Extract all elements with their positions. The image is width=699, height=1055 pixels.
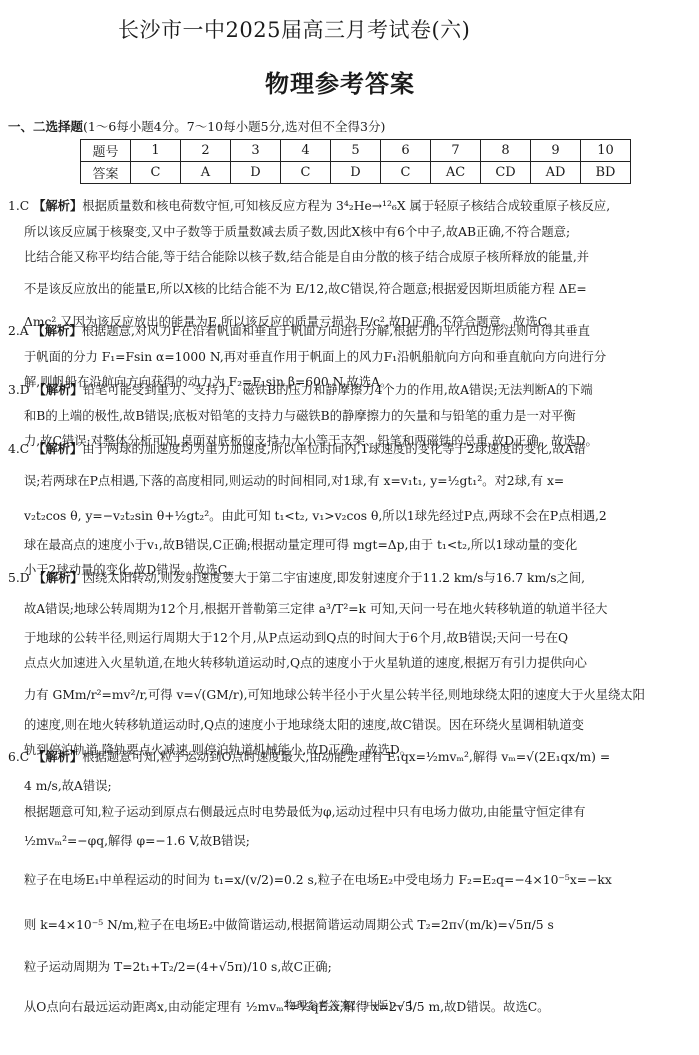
analysis-tag: 【解析】	[33, 442, 82, 456]
solution-line: 由于两球的加速度均为重力加速度,所以单位时间内,1球速度的变化等于2球速度的变化…	[82, 442, 586, 456]
answer-cell: C	[281, 162, 331, 184]
answer-cell: CD	[481, 162, 531, 184]
answer-cell: BD	[581, 162, 631, 184]
answer-cell: AD	[531, 162, 581, 184]
question-number: 8	[481, 140, 531, 162]
document-title: 长沙市一中2025届高三月考试卷(六)	[118, 14, 470, 44]
solution-line: 力有 GMm/r²=mv²/r,可得 v=√(GM/r),可知地球公转半径小于火…	[8, 677, 691, 713]
answer-cell: D	[331, 162, 381, 184]
answer-table: 题号 1 2 3 4 5 6 7 8 9 10 答案 C A D C D C A…	[80, 139, 631, 184]
solution-line: v₂t₂cos θ, y=−v₂t₂sin θ+½gt₂²。由此可知 t₁<t₂…	[8, 499, 691, 533]
analysis-tag: 【解析】	[33, 324, 82, 338]
solution-number: 3.D	[8, 383, 30, 397]
solution-line: 4 m/s,故A错误;	[8, 774, 691, 800]
question-number: 5	[331, 140, 381, 162]
question-number: 7	[431, 140, 481, 162]
solution-number: 2.A	[8, 324, 29, 338]
solution-1: 1.C 【解析】根据质量数和核电荷数守恒,可知核反应方程为 3⁴₂He→¹²₆X…	[8, 194, 691, 337]
solution-line: 粒子在电场E₁中单程运动的时间为 t₁=x/(v/2)=0.2 s,粒子在电场E…	[8, 857, 691, 903]
analysis-tag: 【解析】	[34, 383, 83, 397]
solution-line: 球在最高点的速度小于v₁,故B错误,C正确;根据动量定理可得 mgt=Δp,由于…	[8, 533, 691, 559]
analysis-tag: 【解析】	[33, 199, 82, 213]
question-number: 9	[531, 140, 581, 162]
solution-line: 根据题意可知,粒子运动到O点时速度最大,由动能定理有 E₁qx=½mvₘ²,解得…	[82, 750, 610, 764]
solution-number: 4.C	[8, 442, 29, 456]
solution-line: 点点火加速进入火星轨道,在地火转移轨道运动时,Q点的速度小于火星轨道的速度,根据…	[8, 651, 691, 677]
section-title: 一、二选择题	[8, 119, 83, 134]
row-label: 题号	[81, 140, 131, 162]
solution-number: 5.D	[8, 571, 30, 585]
solution-line: 于帆面的分力 F₁=Fsin α=1000 N,再对垂直作用于帆面上的风力F₁沿…	[8, 345, 691, 371]
solution-line: 所以该反应属于核聚变,又中子数等于质量数减去质子数,因此X核中有6个中子,故AB…	[8, 220, 691, 246]
solution-line: 根据题意可知,粒子运动到原点右侧最远点时电势最低为φ,运动过程中只有电场力做功,…	[8, 800, 691, 826]
section-heading: 一、二选择题(1～6每小题4分。7～10每小题5分,选对但不全得3分)	[8, 117, 385, 135]
solution-number: 6.C	[8, 750, 29, 764]
answer-cell: A	[181, 162, 231, 184]
solution-line: 和B的上端的极性,故B错误;底板对铅笔的支持力与磁铁B的静摩擦力的矢量和与铅笔的…	[8, 404, 691, 430]
question-number: 1	[131, 140, 181, 162]
row-label: 答案	[81, 162, 131, 184]
solution-number: 1.C	[8, 199, 29, 213]
solution-line: 的速度,则在地火转移轨道运动时,Q点的速度小于地球绕太阳的速度,故C错误。因在环…	[8, 713, 691, 739]
solution-line: 铅笔可能受到重力、支持力、磁铁B的压力和静摩擦力4个力的作用,故A错误;无法判断…	[83, 383, 593, 397]
solution-line: 根据质量数和核电荷数守恒,可知核反应方程为 3⁴₂He→¹²₆X 属于轻原子核结…	[82, 199, 610, 213]
question-number: 6	[381, 140, 431, 162]
solution-line: 则 k=4×10⁻⁵ N/m,粒子在电场E₂中做简谐运动,根据简谐运动周期公式 …	[8, 903, 691, 947]
question-number: 3	[231, 140, 281, 162]
analysis-tag: 【解析】	[33, 750, 82, 764]
solution-line: 因绕太阳转动,则发射速度要大于第二宇宙速度,即发射速度介于11.2 km/s与1…	[83, 571, 585, 585]
solution-line: 误;若两球在P点相遇,下落的高度相同,则运动的时间相同,对1球,有 x=v₁t₁…	[8, 463, 691, 499]
question-number: 4	[281, 140, 331, 162]
answer-cell: C	[381, 162, 431, 184]
solution-line: 比结合能又称平均结合能,等于结合能除以核子数,结合能是自由分散的核子结合成原子核…	[8, 245, 691, 271]
question-number: 10	[581, 140, 631, 162]
solution-4: 4.C 【解析】由于两球的加速度均为重力加速度,所以单位时间内,1球速度的变化等…	[8, 437, 691, 584]
document-subtitle: 物理参考答案	[265, 64, 415, 99]
solution-line: 故A错误;地球公转周期为12个月,根据开普勒第三定律 a³/T²=k 可知,天问…	[8, 592, 691, 626]
page-footer: 物理参考答案(一中版)— 1	[0, 997, 699, 1013]
solution-5: 5.D 【解析】因绕太阳转动,则发射速度要大于第二宇宙速度,即发射速度介于11.…	[8, 566, 691, 764]
solution-line: ½mvₘ²=−φq,解得 φ=−1.6 V,故B错误;	[8, 825, 691, 857]
solution-line: 不是该反应放出的能量E,所以X核的比结合能不为 E/12,故C错误,符合题意;根…	[8, 271, 691, 307]
solution-line: 于地球的公转半径,则运行周期大于12个月,从P点运动到Q点的时间大于6个月,故B…	[8, 626, 691, 652]
answer-cell: AC	[431, 162, 481, 184]
question-row: 题号 1 2 3 4 5 6 7 8 9 10	[81, 140, 631, 162]
section-note: (1～6每小题4分。7～10每小题5分,选对但不全得3分)	[83, 119, 385, 134]
question-number: 2	[181, 140, 231, 162]
analysis-tag: 【解析】	[34, 571, 83, 585]
solution-6: 6.C 【解析】根据题意可知,粒子运动到O点时速度最大,由动能定理有 E₁qx=…	[8, 740, 691, 1027]
solution-line: 粒子运动周期为 T=2t₁+T₂/2=(4+√5π)/10 s,故C正确;	[8, 947, 691, 987]
answer-cell: C	[131, 162, 181, 184]
answer-row: 答案 C A D C D C AC CD AD BD	[81, 162, 631, 184]
solution-line: 根据题意,对风力F在沿着帆面和垂直于帆面方向进行分解,根据力的平行四边形法则可得…	[82, 324, 590, 338]
answer-cell: D	[231, 162, 281, 184]
